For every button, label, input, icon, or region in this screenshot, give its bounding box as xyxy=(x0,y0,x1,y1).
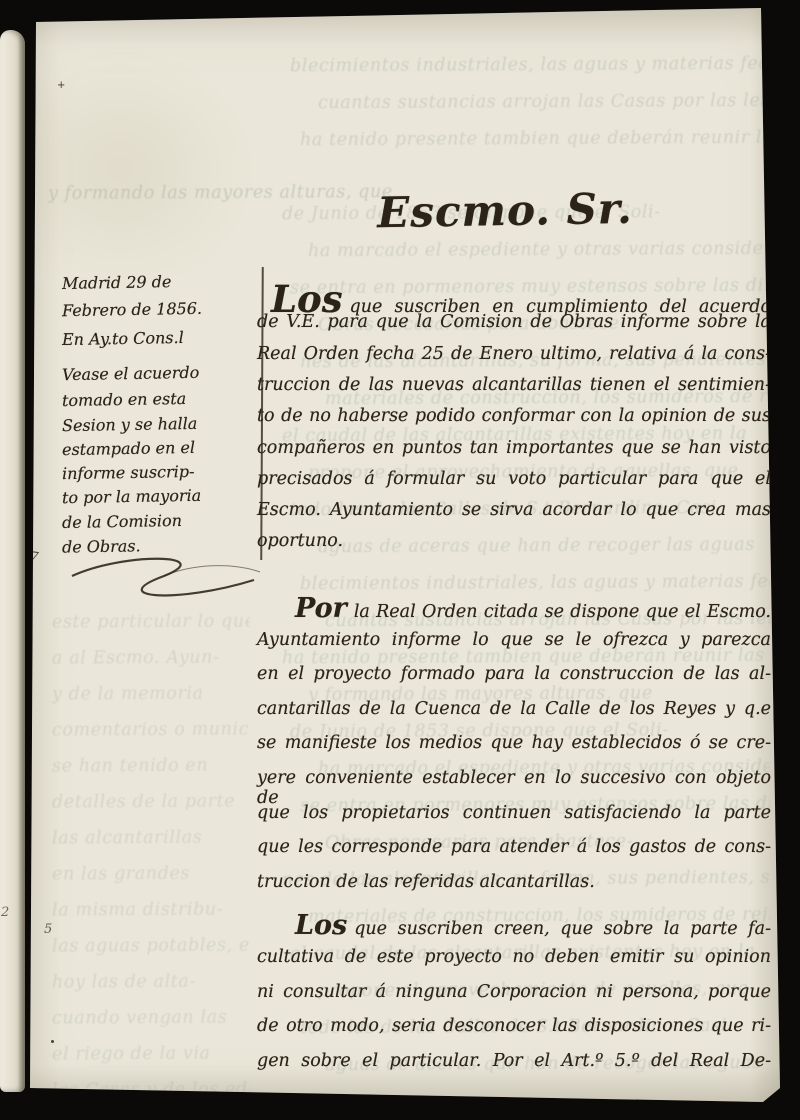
bleed-through-line: las aguas potables, el costo xyxy=(52,935,250,956)
manuscript-line: Losque suscriben creen, que sobre la par… xyxy=(295,912,771,939)
manuscript-line: Real Orden fecha 25 de Enero ultimo, rel… xyxy=(257,344,771,364)
scanned-manuscript: { "colors": { "paper": "#eae7da", "ink":… xyxy=(0,0,800,1120)
manuscript-line: truccion de las nuevas alcantarillas tie… xyxy=(257,375,771,395)
rubric-flourish xyxy=(64,550,269,608)
margin-note-line: En Ay.to Cons.l xyxy=(62,328,184,349)
bleed-through-line: detalles de la parte xyxy=(52,791,250,812)
bleed-through-line: hoy las de alta- xyxy=(52,971,250,992)
manuscript-line: precisados á formular su voto particular… xyxy=(257,469,771,489)
bleed-through-line: ha tenido presente tambien que deberán r… xyxy=(300,128,770,150)
bleed-through-line: blecimientos industriales, las aguas y m… xyxy=(290,54,770,77)
manuscript-line: de otro modo, seria desconocer las dispo… xyxy=(257,1016,771,1036)
margin-note-line: Madrid 29 de xyxy=(62,272,172,293)
margin-figure: 5 xyxy=(44,922,52,937)
paragraph-first-line: la Real Orden citada se dispone que el E… xyxy=(354,602,771,622)
bleed-through-line: se han tenido en xyxy=(52,755,250,776)
bleed-through-line: a al Escmo. Ayun- xyxy=(52,647,250,668)
bleed-through-line: en las grandes xyxy=(52,863,250,884)
manuscript-line: que les corresponde para atender á los g… xyxy=(257,837,771,857)
manuscript-page: blecimientos industriales, las aguas y m… xyxy=(0,0,800,1120)
bleed-through-line: comentarios o municipa- xyxy=(52,719,250,740)
bleed-through-line: blecimientos industriales, las aguas y m… xyxy=(300,572,770,594)
manuscript-line: compañeros en puntos tan importantes que… xyxy=(257,438,771,458)
manuscript-line: Porla Real Orden citada se dispone que e… xyxy=(295,595,771,622)
manuscript-line: Ayuntamiento informe lo que se le ofrezc… xyxy=(257,630,771,650)
bleed-through-line: el riego de la via xyxy=(52,1043,250,1064)
manuscript-line: se manifieste los medios que hay estable… xyxy=(257,733,771,753)
paragraph-first-line: que suscriben creen, que sobre la parte … xyxy=(354,919,771,939)
manuscript-line: que los propietarios continuen satisfaci… xyxy=(257,803,771,823)
bleed-through-line: cuantas sustancias arrojan las Casas por… xyxy=(318,91,770,113)
margin-note-line: informe suscrip- xyxy=(62,462,195,483)
paragraph-lead-word: Por xyxy=(295,593,347,624)
margin-note-line: de la Comision xyxy=(62,511,182,532)
manuscript-line: cantarillas de la Cuenca de la Calle de … xyxy=(257,699,771,719)
bleed-through-line: la misma distribu- xyxy=(52,899,250,920)
bleed-through-line: cuando vengan las xyxy=(52,1007,250,1028)
margin-figure: 7 xyxy=(29,549,39,565)
strip-ink-mark: 2 xyxy=(1,905,9,920)
manuscript-line: en el proyecto formado para la construcc… xyxy=(257,664,771,684)
page-title: Escmo. Sr. xyxy=(330,183,681,238)
ink-speck: + xyxy=(57,80,65,91)
margin-note-line: tomado en esta xyxy=(62,389,187,410)
ink-dot xyxy=(51,1040,54,1043)
previous-page-edge xyxy=(0,30,25,1092)
manuscript-line: ni consultar á ninguna Corporacion ni pe… xyxy=(257,982,771,1002)
manuscript-line: oportuno. xyxy=(257,531,771,551)
margin-note-line: Vease el acuerdo xyxy=(62,363,200,384)
bleed-through-line: este particular lo que xyxy=(52,611,250,632)
margin-note-line: to por la mayoria xyxy=(62,486,201,507)
manuscript-line: gen sobre el particular. Por el Art.º 5.… xyxy=(257,1051,771,1071)
manuscript-line: Escmo. Ayuntamiento se sirva acordar lo … xyxy=(257,500,771,520)
manuscript-line: de V.E. para que la Comision de Obras in… xyxy=(257,312,771,332)
margin-note-line: Sesion y se halla xyxy=(62,414,198,435)
bleed-through-line: y de la memoria xyxy=(52,683,250,704)
margin-note-line: estampado en el xyxy=(62,438,195,459)
manuscript-line: truccion de las referidas alcantarillas. xyxy=(257,872,771,892)
manuscript-line: cultativa de este proyecto no deben emit… xyxy=(257,947,771,967)
manuscript-line: to de no haberse podido conformar con la… xyxy=(257,406,771,426)
margin-note-line: Febrero de 1856. xyxy=(62,299,202,320)
paragraph-lead-word: Los xyxy=(295,910,347,941)
bleed-through-line: las alcantarillas xyxy=(52,827,250,848)
bleed-through-line: las Casas y de los edifi- xyxy=(52,1079,250,1100)
bleed-through-line: ha marcado el espediente y otras varias … xyxy=(308,239,770,261)
